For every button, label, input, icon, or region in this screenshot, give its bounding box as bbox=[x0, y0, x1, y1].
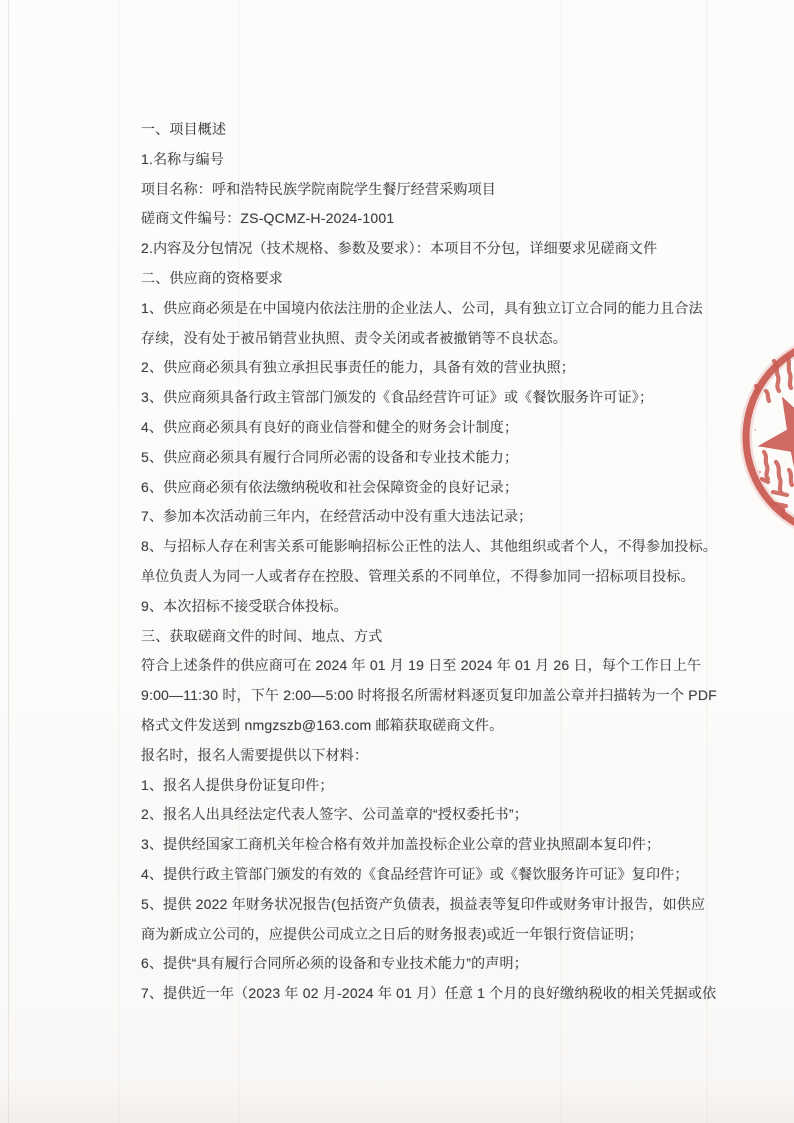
text-line: 2、供应商必须具有独立承担民事责任的能力，具备有效的营业执照； bbox=[141, 353, 721, 383]
text-line: 7、参加本次活动前三年内，在经营活动中没有重大违法记录； bbox=[141, 502, 721, 532]
text-line: 3、供应商须具备行政主管部门颁发的《食品经营许可证》或《餐饮服务许可证》； bbox=[141, 383, 721, 413]
text-line: 报名时，报名人需要提供以下材料： bbox=[141, 741, 721, 771]
text-line: 单位负责人为同一人或者存在控股、管理关系的不同单位，不得参加同一招标项目投标。 bbox=[141, 562, 721, 592]
scanned-page: 一、项目概述1.名称与编号项目名称：呼和浩特民族学院南院学生餐厅经营采购项目磋商… bbox=[0, 0, 794, 1123]
text-line: 一、项目概述 bbox=[141, 115, 721, 145]
text-line: 2.内容及分包情况（技术规格、参数及要求）：本项目不分包，详细要求见磋商文件 bbox=[141, 234, 721, 264]
text-line: 三、获取磋商文件的时间、地点、方式 bbox=[141, 622, 721, 652]
text-line: 格式文件发送到 nmgzszb@163.com 邮箱获取磋商文件。 bbox=[141, 711, 721, 741]
text-line: 3、提供经国家工商机关年检合格有效并加盖投标企业公章的营业执照副本复印件； bbox=[141, 830, 721, 860]
text-line: 8、与招标人存在利害关系可能影响招标公正性的法人、其他组织或者个人，不得参加投标… bbox=[141, 532, 721, 562]
text-line: 7、提供近一年（2023 年 02 月-2024 年 01 月）任意 1 个月的… bbox=[141, 979, 721, 1009]
text-line: 5、提供 2022 年财务状况报告(包括资产负债表，损益表等复印件或财务审计报告… bbox=[141, 890, 721, 920]
text-line: 4、提供行政主管部门颁发的有效的《食品经营许可证》或《餐饮服务许可证》复印件； bbox=[141, 860, 721, 890]
text-line: 存续，没有处于被吊销营业执照、责令关闭或者被撤销等不良状态。 bbox=[141, 324, 721, 354]
text-line: 9、本次招标不接受联合体投标。 bbox=[141, 592, 721, 622]
text-line: 9:00—11:30 时，下午 2:00—5:00 时将报名所需材料逐页复印加盖… bbox=[141, 681, 721, 711]
text-line: 2、报名人出具经法定代表人签字、公司盖章的“授权委托书”； bbox=[141, 800, 721, 830]
text-line: 6、供应商必须有依法缴纳税收和社会保障资金的良好记录； bbox=[141, 473, 721, 503]
text-line: 商为新成立公司的，应提供公司成立之日后的财务报表)或近一年银行资信证明； bbox=[141, 920, 721, 950]
text-line: 1、报名人提供身份证复印件； bbox=[141, 771, 721, 801]
text-line: 1.名称与编号 bbox=[141, 145, 721, 175]
text-line: 二、供应商的资格要求 bbox=[141, 264, 721, 294]
document-lines: 一、项目概述1.名称与编号项目名称：呼和浩特民族学院南院学生餐厅经营采购项目磋商… bbox=[141, 115, 721, 1009]
text-line: 4、供应商必须具有良好的商业信誉和健全的财务会计制度； bbox=[141, 413, 721, 443]
text-line: 1、供应商必须是在中国境内依法注册的企业法人、公司，具有独立订立合同的能力且合法 bbox=[141, 294, 721, 324]
text-line: 符合上述条件的供应商可在 2024 年 01 月 19 日至 2024 年 01… bbox=[141, 651, 721, 681]
red-seal-stamp bbox=[734, 330, 794, 540]
text-line: 6、提供“具有履行合同所必须的设备和专业技术能力”的声明； bbox=[141, 949, 721, 979]
text-line: 磋商文件编号：ZS-QCMZ-H-2024-1001 bbox=[141, 204, 721, 234]
text-line: 项目名称：呼和浩特民族学院南院学生餐厅经营采购项目 bbox=[141, 175, 721, 205]
text-line: 5、供应商必须具有履行合同所必需的设备和专业技术能力； bbox=[141, 443, 721, 473]
